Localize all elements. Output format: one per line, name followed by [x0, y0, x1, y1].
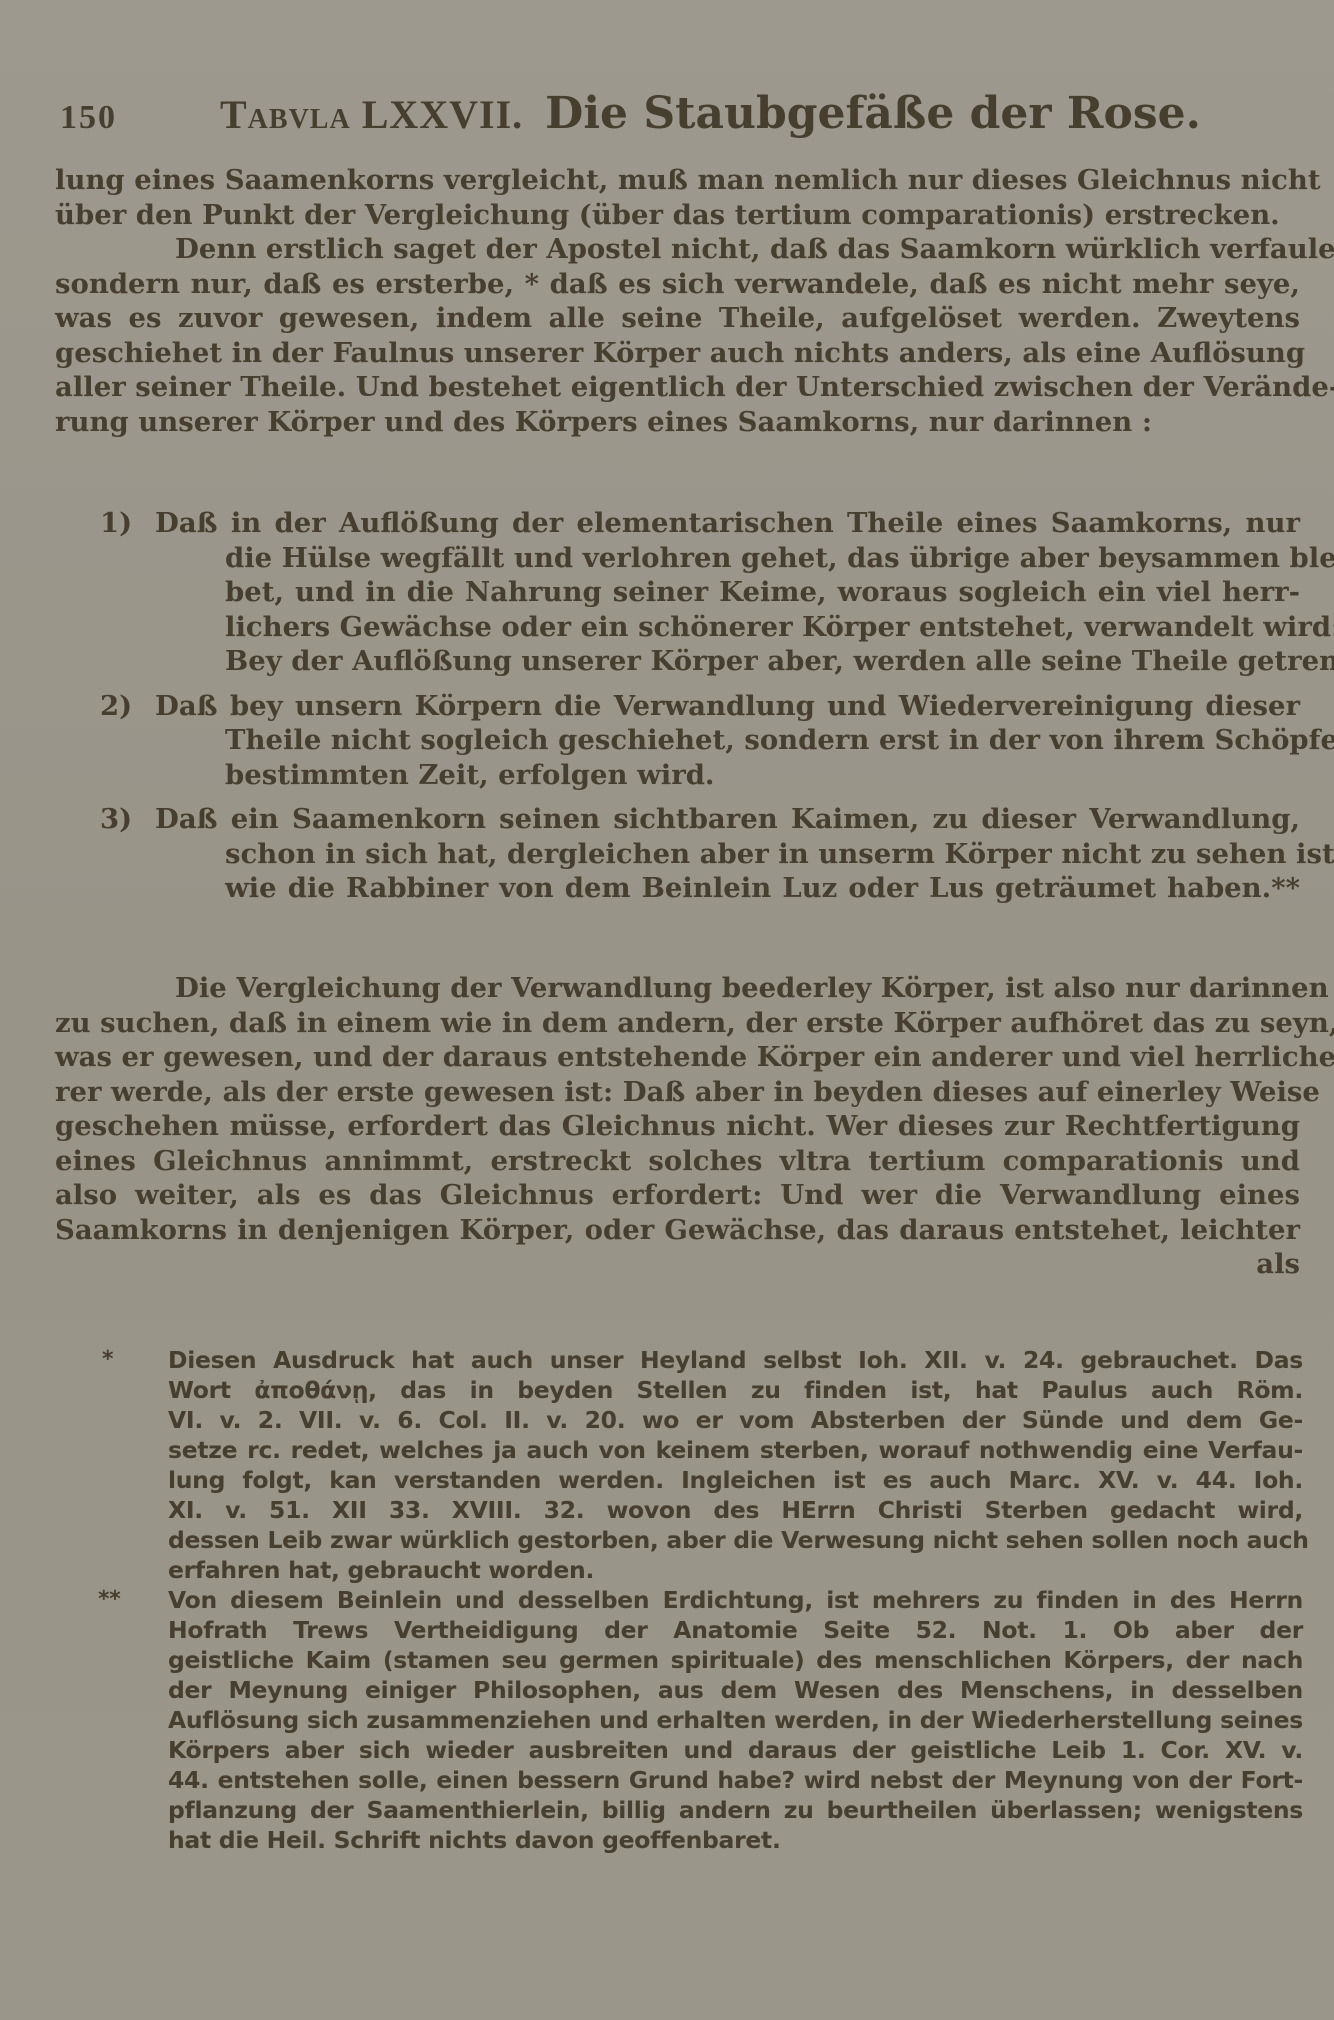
text-line: zu suchen, daß in einem wie in dem ander… [55, 1006, 1300, 1041]
catchword: als [55, 1247, 1300, 1282]
list-item-3: 3) Daß ein Saamenkorn seinen sichtbaren … [100, 802, 1300, 906]
main-text-continued: Die Vergleichung der Verwandlung beederl… [55, 971, 1300, 1282]
footnote-line: setze rc. redet, welches ja auch von kei… [168, 1435, 1303, 1465]
text-line: sondern nur, daß es ersterbe, * daß es s… [55, 267, 1300, 302]
list-item-1: 1) Daß in der Auflößung der elementarisc… [100, 506, 1300, 679]
footnotes: * Diesen Ausdruck hat auch unser Heyland… [98, 1345, 1303, 1855]
footnote-line: Wort ἀποθάνῃ, das in beyden Stellen zu f… [168, 1375, 1303, 1405]
text-line: was es zuvor gewesen, indem alle seine T… [55, 301, 1300, 336]
footnote-line: Diesen Ausdruck hat auch unser Heyland s… [168, 1345, 1303, 1375]
text-line: Daß bey unsern Körpern die Verwandlung u… [100, 689, 1300, 724]
footnote-line: hat die Heil. Schrift nichts davon geoff… [168, 1825, 1303, 1855]
footnote-line: 44. entstehen solle, einen bessern Grund… [168, 1765, 1303, 1795]
text-line: schon in sich hat, dergleichen aber in u… [100, 837, 1300, 872]
text-line: über den Punkt der Vergleichung (über da… [55, 198, 1300, 233]
list-item-2: 2) Daß bey unsern Körpern die Verwandlun… [100, 689, 1300, 793]
text-line: bestimmten Zeit, erfolgen wird. [100, 758, 1300, 793]
list-marker: 3) [100, 802, 148, 837]
text-line: geschiehet in der Faulnus unserer Körper… [55, 336, 1300, 371]
text-line: aller seiner Theile. Und bestehet eigent… [55, 370, 1300, 405]
book-page: 150 Tabvla LXXVII. Die Staubgefäße der R… [0, 0, 1334, 2020]
text-line: also weiter, als es das Gleichnus erford… [55, 1178, 1300, 1213]
text-line: geschehen müsse, erfordert das Gleichnus… [55, 1109, 1300, 1144]
running-title: Die Staubgefäße der Rose. [545, 88, 1201, 139]
text-line: rer werde, als der erste gewesen ist: Da… [55, 1075, 1300, 1110]
text-line: lung eines Saamenkorns vergleicht, muß m… [55, 163, 1300, 198]
footnote-marker: * [102, 1345, 168, 1375]
footnote-1: * Diesen Ausdruck hat auch unser Heyland… [98, 1345, 1303, 1585]
footnote-line: geistliche Kaim (stamen seu germen spiri… [168, 1645, 1303, 1675]
footnote-marker: ** [98, 1585, 164, 1615]
footnote-2: ** Von diesem Beinlein und desselben Erd… [98, 1585, 1303, 1855]
text-line: bet, und in die Nahrung seiner Keime, wo… [100, 575, 1300, 610]
text-line: Saamkorns in denjenigen Körper, oder Gew… [55, 1213, 1300, 1248]
footnote-line: pflanzung der Saamenthierlein, billig an… [168, 1795, 1303, 1825]
numbered-list: 1) Daß in der Auflößung der elementarisc… [100, 506, 1300, 916]
text-line: Die Vergleichung der Verwandlung beederl… [55, 971, 1300, 1006]
footnote-line: Auflösung sich zusammenziehen und erhalt… [168, 1705, 1303, 1735]
list-marker: 1) [100, 506, 148, 541]
footnote-line: Von diesem Beinlein und desselben Erdich… [168, 1585, 1303, 1615]
footnote-line: erfahren hat, gebraucht worden. [168, 1555, 1303, 1585]
footnote-line: Hofrath Trews Vertheidigung der Anatomie… [168, 1615, 1303, 1645]
text-line: Daß ein Saamenkorn seinen sichtbaren Kai… [100, 802, 1300, 837]
text-line: Bey der Auflößung unserer Körper aber, w… [100, 644, 1300, 679]
text-line: Denn erstlich saget der Apostel nicht, d… [55, 232, 1300, 267]
main-text: lung eines Saamenkorns vergleicht, muß m… [55, 163, 1300, 439]
footnote-line: Körpers aber sich wieder ausbreiten und … [168, 1735, 1303, 1765]
plate-label: Tabvla LXXVII. [220, 91, 523, 138]
text-line: was er gewesen, und der daraus entstehen… [55, 1040, 1300, 1075]
footnote-line: VI. v. 2. VII. v. 6. Col. II. v. 20. wo … [168, 1405, 1303, 1435]
footnote-line: der Meynung einiger Philosophen, aus dem… [168, 1675, 1303, 1705]
footnote-line: lung folgt, kan verstanden werden. Ingle… [168, 1465, 1303, 1495]
text-line: wie die Rabbiner von dem Beinlein Luz od… [100, 871, 1300, 906]
footnote-line: dessen Leib zwar würklich gestorben, abe… [168, 1525, 1303, 1555]
text-line: rung unserer Körper und des Körpers eine… [55, 405, 1300, 440]
list-marker: 2) [100, 689, 148, 724]
page-number: 150 [60, 99, 220, 137]
text-line: Daß in der Auflößung der elementarischen… [100, 506, 1300, 541]
text-line: Theile nicht sogleich geschiehet, sonder… [100, 723, 1300, 758]
text-line: lichers Gewächse oder ein schönerer Körp… [100, 610, 1300, 645]
footnote-line: XI. v. 51. XII 33. XVIII. 32. wovon des … [168, 1495, 1303, 1525]
text-line: die Hülse wegfällt und verlohren gehet, … [100, 541, 1300, 576]
page-header: 150 Tabvla LXXVII. Die Staubgefäße der R… [60, 88, 1300, 148]
text-line: eines Gleichnus annimmt, erstreckt solch… [55, 1144, 1300, 1179]
